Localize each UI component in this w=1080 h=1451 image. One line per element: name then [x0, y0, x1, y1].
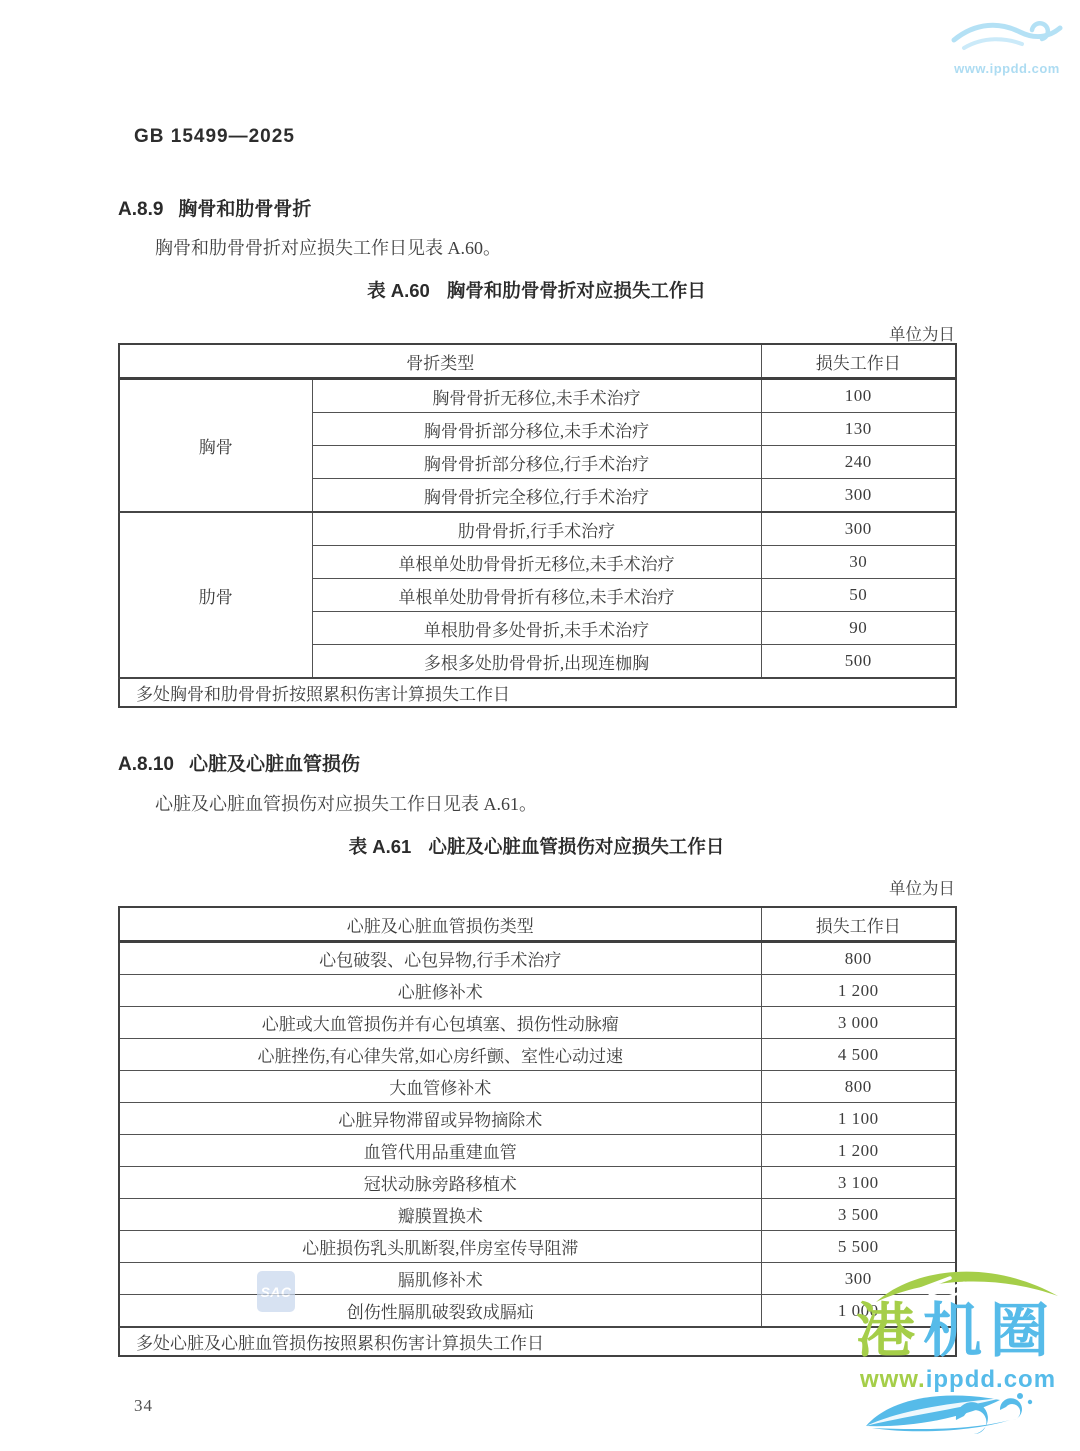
cell-type: 大血管修补术: [119, 1071, 761, 1103]
col-header-lost-days: 损失工作日: [761, 907, 956, 942]
cell-type: 膈肌修补术: [119, 1263, 761, 1295]
table-row: 肋骨 肋骨骨折,行手术治疗 300: [119, 512, 956, 546]
cell-days: 3 500: [761, 1199, 956, 1231]
logo-char-quan: 圈: [990, 1298, 1049, 1364]
cell-type: 单根单处肋骨骨折无移位,未手术治疗: [312, 546, 761, 579]
table-row: 心脏修补术 1 200: [119, 975, 956, 1007]
section-heading-a810: A.8.10心脏及心脏血管损伤: [118, 749, 360, 776]
cell-days: 4 500: [761, 1039, 956, 1071]
table-row: 大血管修补术 800: [119, 1071, 956, 1103]
cell-days: 800: [761, 942, 956, 975]
sac-stamp-watermark: SAC: [257, 1271, 295, 1312]
table-a60: 骨折类型 损失工作日 胸骨 胸骨骨折无移位,未手术治疗 100 胸骨骨折部分移位…: [118, 343, 957, 708]
cell-type: 心脏损伤乳头肌断裂,伴房室传导阻滞: [119, 1231, 761, 1263]
logo-characters: 港机圈: [856, 1302, 1080, 1361]
table-row: 心脏损伤乳头肌断裂,伴房室传导阻滞 5 500: [119, 1231, 956, 1263]
cell-type: 创伤性膈肌破裂致成膈疝: [119, 1295, 761, 1328]
col-header-fracture-type: 骨折类型: [119, 344, 761, 379]
watermark-url: www.ippdd.com: [942, 61, 1072, 76]
table-row: 心脏或大血管损伤并有心包填塞、损伤性动脉瘤 3 000: [119, 1007, 956, 1039]
cell-type: 胸骨骨折完全移位,行手术治疗: [312, 479, 761, 513]
document-page: GB 15499—2025 www.ippdd.com A.8.9胸骨和肋骨骨折…: [0, 0, 1080, 1451]
table-footnote-row: 多处胸骨和肋骨骨折按照累积伤害计算损失工作日: [119, 678, 956, 707]
col-header-lost-days: 损失工作日: [761, 344, 956, 379]
wave-icon: [948, 14, 1066, 56]
table-row: 胸骨 胸骨骨折无移位,未手术治疗 100: [119, 379, 956, 413]
cell-days: 30: [761, 546, 956, 579]
table-row: 瓣膜置换术 3 500: [119, 1199, 956, 1231]
table-footnote: 多处胸骨和肋骨骨折按照累积伤害计算损失工作日: [119, 678, 956, 707]
wave-swirl-icon: [852, 1386, 1080, 1434]
table-row: 心脏挫伤,有心律失常,如心房纤颤、室性心动过速 4 500: [119, 1039, 956, 1071]
section-number: A.8.9: [118, 199, 163, 220]
cell-days: 240: [761, 446, 956, 479]
cell-days: 90: [761, 612, 956, 645]
standard-code: GB 15499—2025: [134, 126, 295, 148]
cell-type: 多根多处肋骨骨折,出现连枷胸: [312, 645, 761, 679]
cell-type: 心包破裂、心包异物,行手术治疗: [119, 942, 761, 975]
cell-type: 胸骨骨折部分移位,未手术治疗: [312, 413, 761, 446]
section-number: A.8.10: [118, 754, 174, 775]
table-row: 冠状动脉旁路移植术 3 100: [119, 1167, 956, 1199]
table-row: 心脏异物滞留或异物摘除术 1 100: [119, 1103, 956, 1135]
cell-days: 300: [761, 512, 956, 546]
cell-days: 3 100: [761, 1167, 956, 1199]
table-label: 表 A.61: [349, 836, 412, 857]
cell-type: 心脏修补术: [119, 975, 761, 1007]
unit-note: 单位为日: [118, 321, 955, 345]
table-header-row: 心脏及心脏血管损伤类型 损失工作日: [119, 907, 956, 942]
cell-days: 500: [761, 645, 956, 679]
cell-type: 单根单处肋骨骨折有移位,未手术治疗: [312, 579, 761, 612]
section-title: 胸骨和肋骨骨折: [178, 199, 311, 220]
section-heading-a89: A.8.9胸骨和肋骨骨折: [118, 194, 311, 221]
table-label: 表 A.60: [367, 280, 430, 301]
page-number: 34: [134, 1396, 153, 1416]
unit-note: 单位为日: [118, 875, 955, 899]
cell-days: 800: [761, 1071, 956, 1103]
cell-days: 1 200: [761, 975, 956, 1007]
cell-type: 瓣膜置换术: [119, 1199, 761, 1231]
cell-type: 心脏或大血管损伤并有心包填塞、损伤性动脉瘤: [119, 1007, 761, 1039]
group-cell-rib: 肋骨: [119, 512, 312, 678]
cell-days: 130: [761, 413, 956, 446]
ippdd-top-watermark: www.ippdd.com: [942, 14, 1072, 76]
cell-days: 3 000: [761, 1007, 956, 1039]
logo-char-ji: 机: [923, 1298, 982, 1364]
cell-type: 胸骨骨折无移位,未手术治疗: [312, 379, 761, 413]
logo-char-gang: 港: [856, 1298, 915, 1364]
cell-days: 300: [761, 479, 956, 513]
table-a61: 心脏及心脏血管损伤类型 损失工作日 心包破裂、心包异物,行手术治疗 800 心脏…: [118, 906, 957, 1357]
section-intro: 心脏及心脏血管损伤对应损失工作日见表 A.61。: [118, 790, 955, 816]
ippdd-logo-watermark: 港机圈 www.ippdd.com: [852, 1258, 1080, 1434]
cell-type: 单根肋骨多处骨折,未手术治疗: [312, 612, 761, 645]
cell-type: 心脏挫伤,有心律失常,如心房纤颤、室性心动过速: [119, 1039, 761, 1071]
col-header-injury-type: 心脏及心脏血管损伤类型: [119, 907, 761, 942]
table-a60-title: 表 A.60胸骨和肋骨骨折对应损失工作日: [118, 277, 955, 303]
group-cell-sternum: 胸骨: [119, 379, 312, 513]
section-intro: 胸骨和肋骨骨折对应损失工作日见表 A.60。: [118, 234, 955, 260]
cell-days: 1 100: [761, 1103, 956, 1135]
table-title-text: 胸骨和肋骨骨折对应损失工作日: [447, 280, 706, 301]
table-row: 心包破裂、心包异物,行手术治疗 800: [119, 942, 956, 975]
table-title-text: 心脏及心脏血管损伤对应损失工作日: [428, 836, 724, 857]
table-header-row: 骨折类型 损失工作日: [119, 344, 956, 379]
table-row: 创伤性膈肌破裂致成膈疝 1 000: [119, 1295, 956, 1328]
cell-type: 血管代用品重建血管: [119, 1135, 761, 1167]
table-footnote-row: 多处心脏及心脏血管损伤按照累积伤害计算损失工作日: [119, 1327, 956, 1356]
table-row: 膈肌修补术 300: [119, 1263, 956, 1295]
table-row: 血管代用品重建血管 1 200: [119, 1135, 956, 1167]
cell-type: 肋骨骨折,行手术治疗: [312, 512, 761, 546]
cell-days: 50: [761, 579, 956, 612]
cell-type: 冠状动脉旁路移植术: [119, 1167, 761, 1199]
cell-type: 心脏异物滞留或异物摘除术: [119, 1103, 761, 1135]
section-title: 心脏及心脏血管损伤: [189, 754, 360, 775]
cell-type: 胸骨骨折部分移位,行手术治疗: [312, 446, 761, 479]
cell-days: 100: [761, 379, 956, 413]
table-footnote: 多处心脏及心脏血管损伤按照累积伤害计算损失工作日: [119, 1327, 956, 1356]
cell-days: 1 200: [761, 1135, 956, 1167]
table-a61-title: 表 A.61心脏及心脏血管损伤对应损失工作日: [118, 833, 955, 859]
